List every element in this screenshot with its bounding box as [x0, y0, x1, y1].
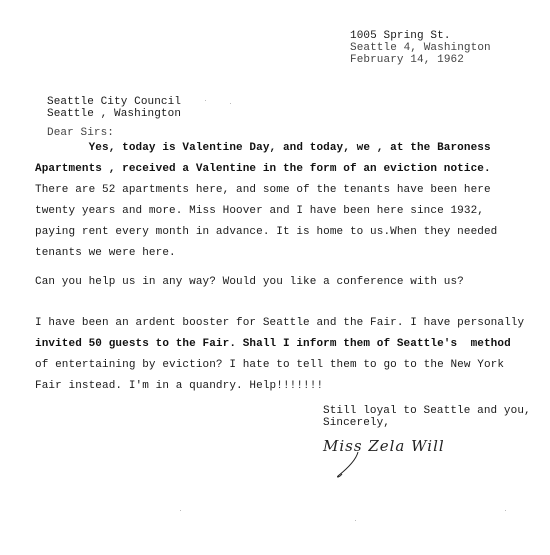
letter-date: February 14, 1962 — [350, 54, 464, 67]
body-line: Yes, today is Valentine Day, and today, … — [35, 142, 491, 155]
letter-page: 1005 Spring St. Seattle 4, Washington Fe… — [0, 0, 550, 555]
body-line: I have been an ardent booster for Seattl… — [35, 317, 524, 330]
signature-flourish-icon — [330, 450, 370, 480]
body-line: invited 50 guests to the Fair. Shall I i… — [35, 338, 511, 351]
paper-speck — [205, 100, 206, 101]
closing-valediction: Sincerely, — [323, 417, 390, 430]
recipient-city: Seattle , Washington — [47, 108, 181, 121]
body-line: Fair instead. I'm in a quandry. Help!!!!… — [35, 380, 323, 393]
paper-speck — [355, 520, 356, 521]
paper-speck — [180, 510, 181, 511]
body-line: tenants we were here. — [35, 247, 176, 260]
body-line: paying rent every month in advance. It i… — [35, 226, 497, 239]
paper-speck — [230, 103, 231, 104]
paper-speck — [505, 510, 506, 511]
body-line: of entertaining by eviction? I hate to t… — [35, 359, 504, 372]
body-line: twenty years and more. Miss Hoover and I… — [35, 205, 484, 218]
salutation: Dear Sirs: — [47, 127, 114, 140]
body-line: There are 52 apartments here, and some o… — [35, 184, 491, 197]
body-line: Apartments , received a Valentine in the… — [35, 163, 491, 176]
body-line: Can you help us in any way? Would you li… — [35, 276, 464, 289]
